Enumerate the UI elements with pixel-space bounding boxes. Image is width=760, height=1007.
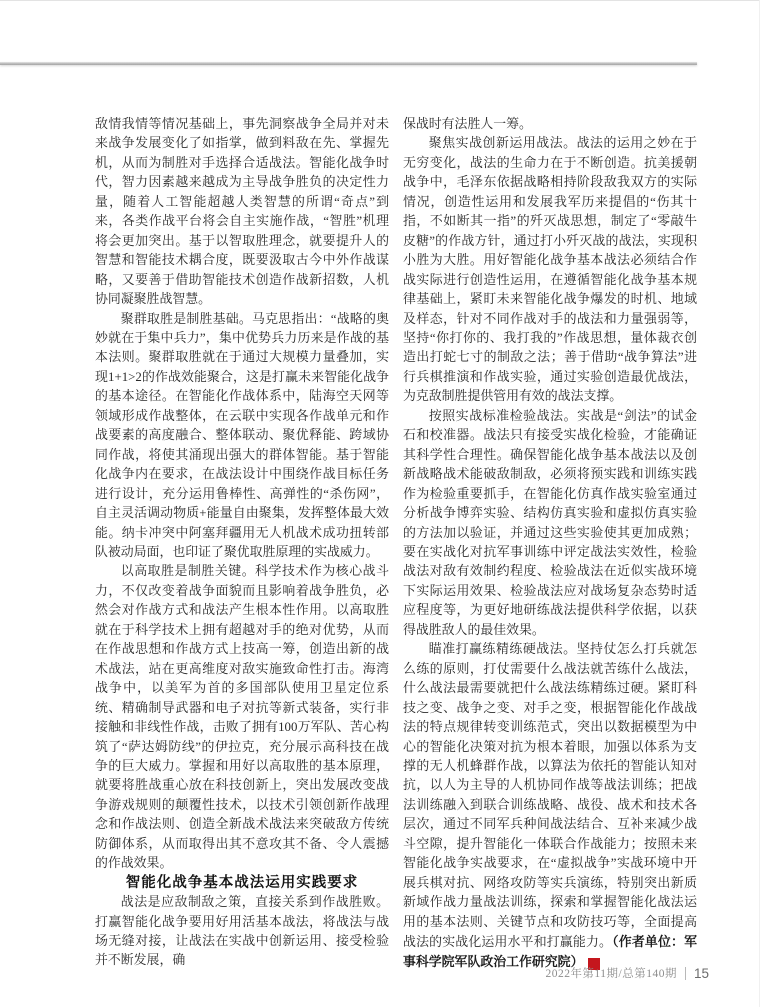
footer-divider	[685, 967, 686, 980]
page-edge-top	[0, 0, 760, 1]
footer-page-number: 15	[694, 966, 709, 981]
body-paragraph: 按照实战标准检验战法。实战是“剑法”的试金石和校准器。战法只有接受实战化检验，才…	[403, 407, 697, 640]
body-paragraph: 以高取胜是制胜关键。科学技术作为核心战斗力，不仅改变着战争面貌而且影响着战争胜负…	[95, 562, 389, 873]
body-paragraph: 敌情我情等情况基础上，事先洞察战争全局并对未来战争发展变化了如指掌，做到料敌在先…	[95, 115, 389, 310]
body-text: 瞄准打赢练精练硬战法。坚持仗怎么打兵就怎么练的原则，打仗需要什么战法就苦练什么战…	[403, 642, 697, 949]
body-paragraph: 聚群取胜是制胜基础。马克思指出：“战略的奥妙就在于集中兵力”，集中优势兵力历来是…	[95, 310, 389, 563]
magazine-page: 敌情我情等情况基础上，事先洞察战争全局并对未来战争发展变化了如指掌，做到料敌在先…	[0, 0, 760, 1007]
closing-paragraph: 瞄准打赢练精练硬战法。坚持仗怎么打兵就怎么练的原则，打仗需要什么战法就苦练什么战…	[403, 640, 697, 973]
body-paragraph: 保战时有法胜人一筹。	[403, 115, 697, 134]
article-columns: 敌情我情等情况基础上，事先洞察战争全局并对未来战争发展变化了如指掌，做到料敌在先…	[95, 115, 697, 973]
section-heading: 智能化战争基本战法运用实践要求	[95, 874, 389, 893]
body-paragraph: 战法是应敌制敌之策，直接关系到作战胜败。打赢智能化战争要用好用活基本战法，将战法…	[95, 893, 389, 971]
right-column: 保战时有法胜人一筹。 聚焦实战创新运用战法。战法的运用之妙在于无穷变化，战法的生…	[403, 115, 697, 973]
header-rule	[0, 62, 697, 65]
left-column: 敌情我情等情况基础上，事先洞察战争全局并对未来战争发展变化了如指掌，做到料敌在先…	[95, 115, 389, 973]
footer-issue-info: 2022年第11期/总第140期	[545, 965, 677, 981]
page-footer: 2022年第11期/总第140期 15	[545, 965, 709, 981]
body-paragraph: 聚焦实战创新运用战法。战法的运用之妙在于无穷变化，战法的生命力在于不断创造。抗美…	[403, 134, 697, 406]
